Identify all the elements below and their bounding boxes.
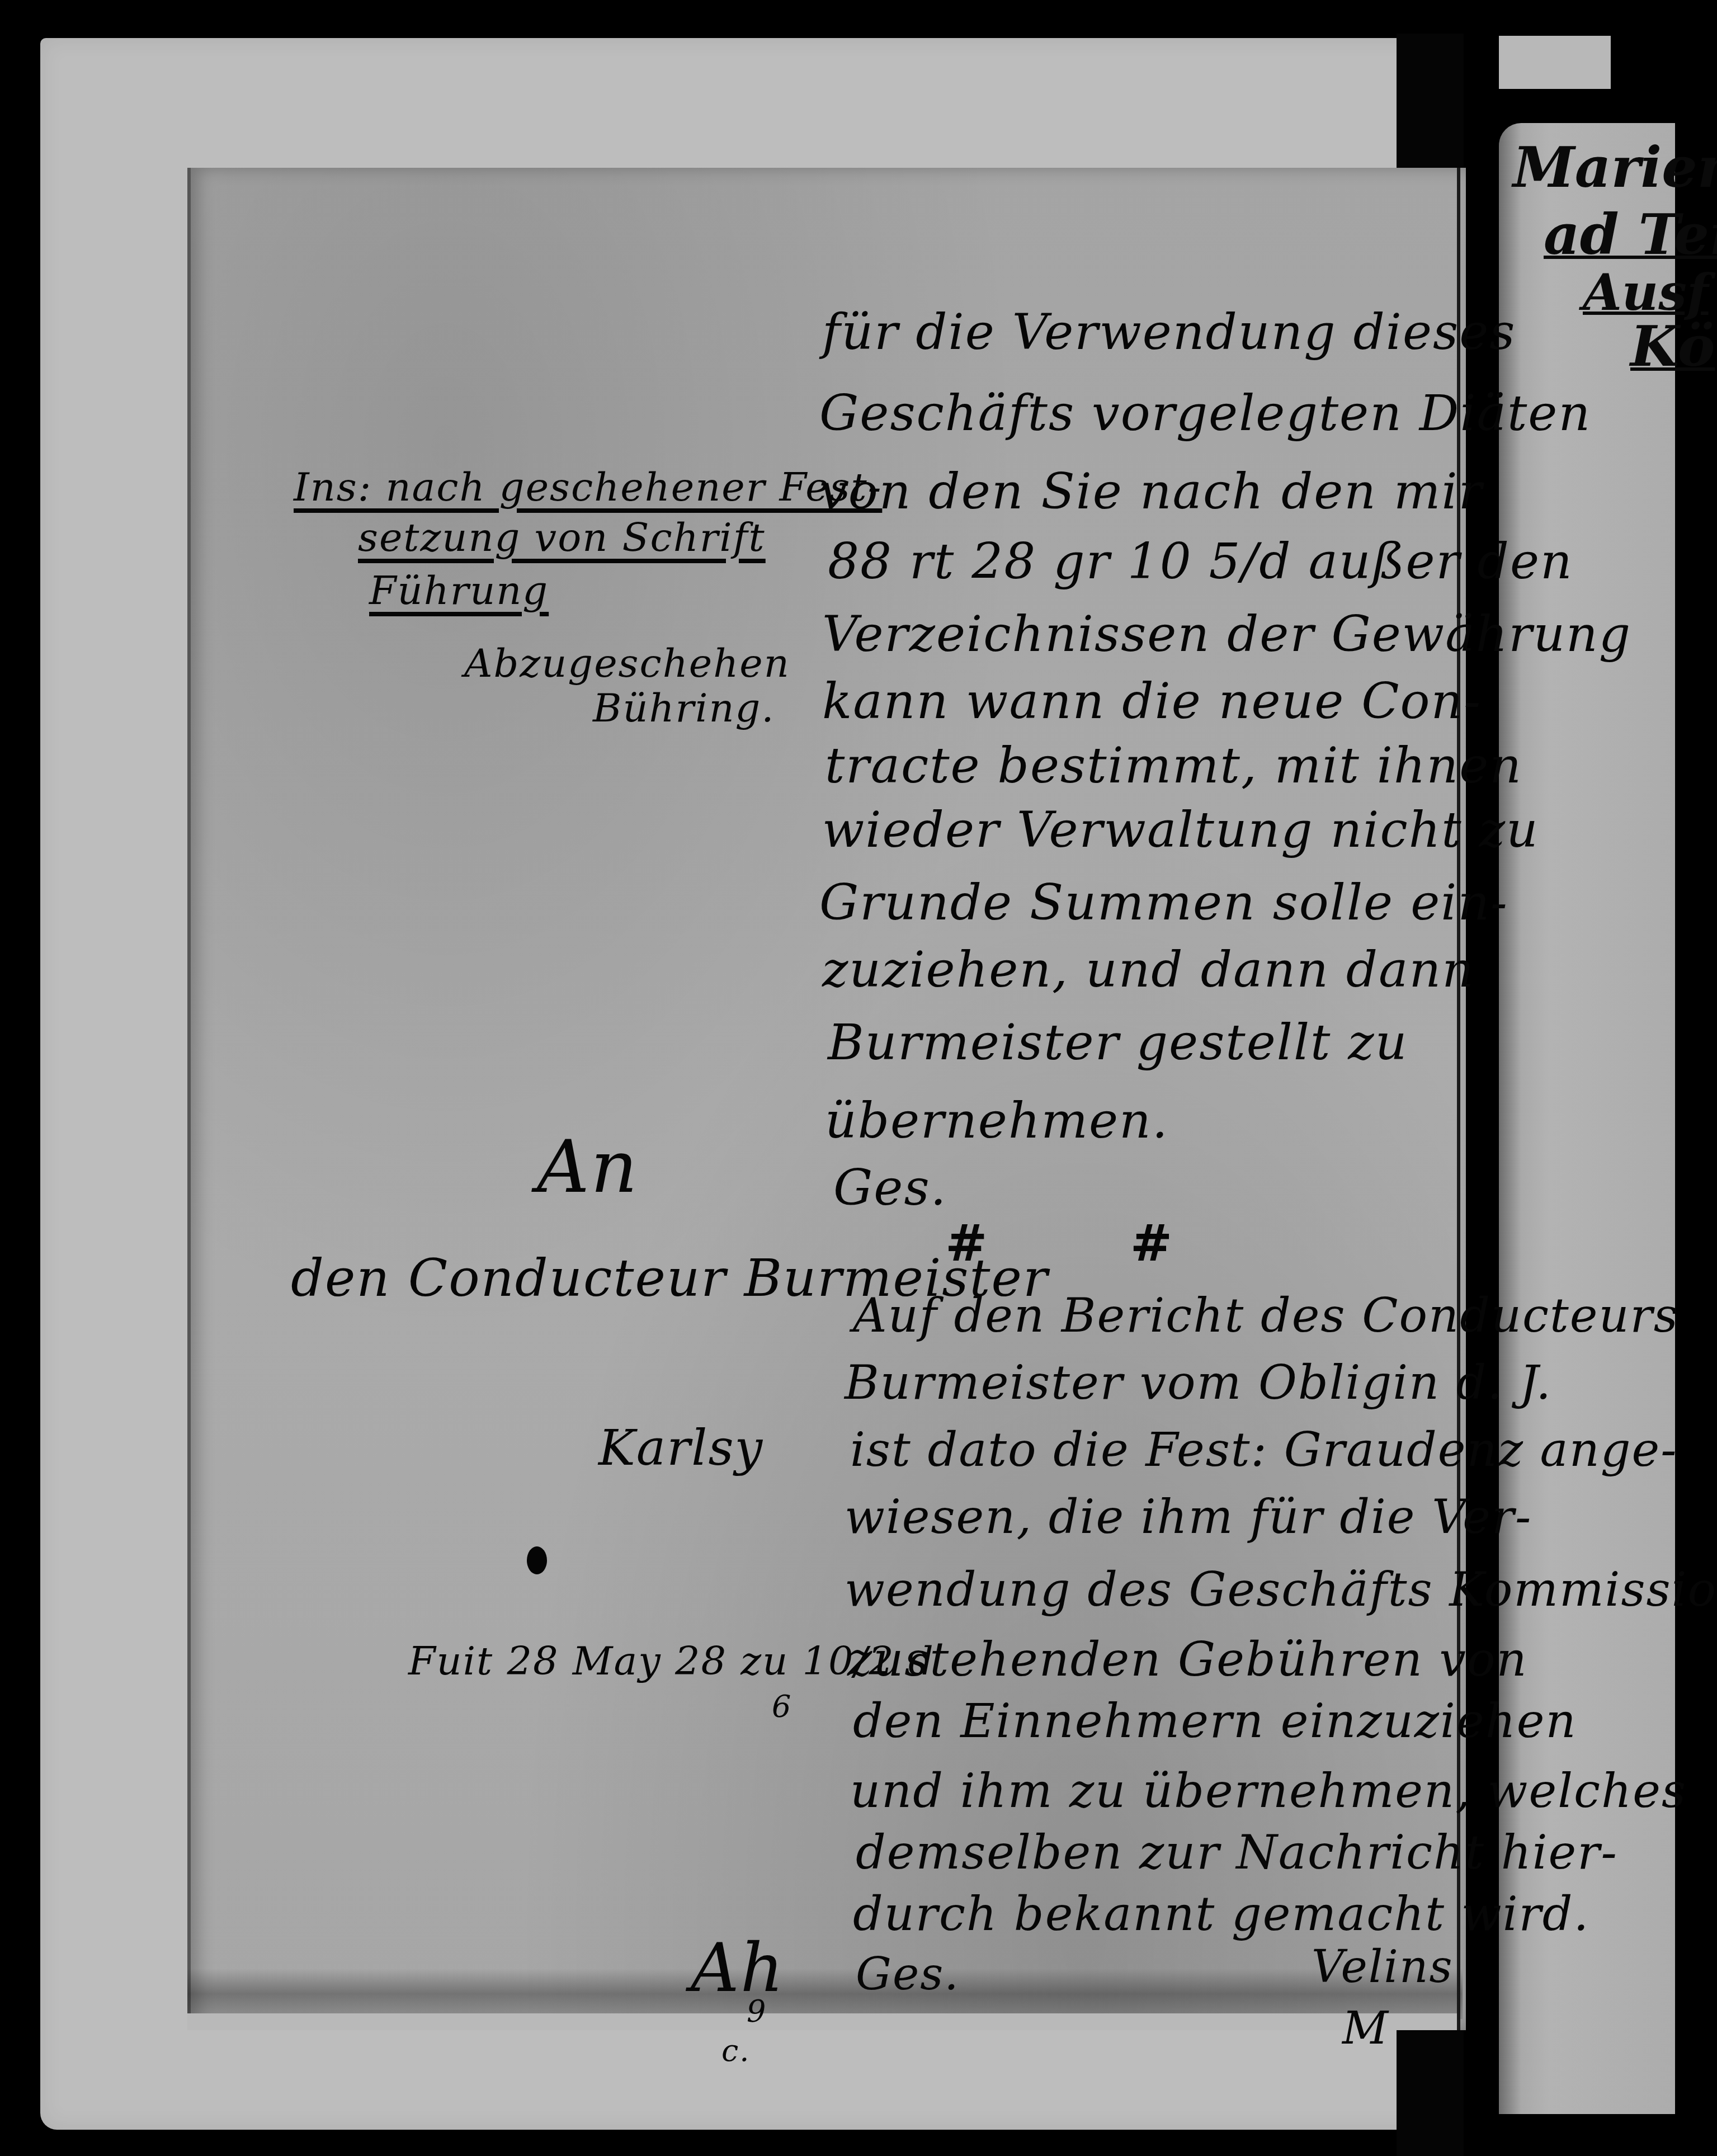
text-line: Auf den Bericht des Conducteurs	[853, 1292, 1679, 1339]
side-label-2: ad Ter	[1544, 201, 1717, 267]
note-below-line-1: Abzugeschehen	[464, 640, 790, 686]
side-sheet-top-fragment	[1499, 36, 1611, 89]
text-line: wieder Verwaltung nicht zu	[822, 805, 1539, 855]
struck-note-line-1: Ins: nach geschehener Fest-	[294, 464, 882, 510]
side-label-4: Kö	[1630, 313, 1715, 379]
signature-number: 9	[747, 1994, 767, 2029]
salutation-an: An	[537, 1124, 639, 1209]
bottom-edge-strip	[187, 2013, 1457, 2030]
struck-note-line-2: setzung von Schrift	[358, 515, 766, 560]
ink-blot	[527, 1546, 547, 1574]
page-right-margin-line	[1457, 168, 1460, 2030]
text-line: übernehmen.	[825, 1096, 1169, 1145]
place-name: Karlsy	[598, 1423, 763, 1473]
text-line: zustehenden Gebühren von	[847, 1636, 1528, 1683]
text-line: durch bekannt gemacht wird.	[853, 1890, 1589, 1937]
text-line: von den Sie nach den mir	[819, 467, 1483, 516]
text-line: ist dato die Fest: Graudenz ange-	[850, 1426, 1678, 1473]
text-line: Burmeister vom Obligin d. J.	[845, 1359, 1552, 1406]
text-line: und ihm zu übernehmen, welches	[850, 1767, 1687, 1814]
closing-abbrev: Ges.	[833, 1163, 947, 1213]
text-line: Verzeichnissen der Gewährung	[822, 610, 1631, 659]
closing-abbrev: Ges.	[856, 1952, 960, 1997]
text-line: tracte bestimmt, mit ihnen	[825, 741, 1522, 790]
text-line: 88 rt 28 gr 10 5/d außer den	[828, 537, 1573, 586]
text-line: wendung des Geschäfts Kommission	[845, 1566, 1717, 1613]
note-below-line-2: Bühring.	[593, 685, 775, 731]
bottom-stain	[187, 1969, 1463, 2019]
text-line: demselben zur Nachricht hier-	[856, 1829, 1618, 1876]
signature-initial: Ah	[691, 1929, 785, 2007]
signature: Velins	[1312, 1941, 1454, 1993]
struck-note-line-3: Führung	[369, 568, 549, 614]
text-line: Grunde Summen solle ein-	[819, 878, 1508, 927]
section-separator: # #	[945, 1214, 1173, 1273]
text-line: zuziehen, und dann dann	[822, 945, 1475, 994]
side-label-1: Marienw	[1513, 134, 1717, 200]
text-line: kann wann die neue Con-	[822, 677, 1482, 726]
text-line: Geschäfts vorgelegten Diäten	[819, 389, 1591, 438]
date-sub: 6	[772, 1689, 792, 1724]
text-line: Burmeister gestellt zu	[828, 1018, 1408, 1067]
text-line: wiesen, die ihm für die Ver-	[845, 1493, 1532, 1540]
text-line: den Einnehmern einzuziehen	[853, 1697, 1577, 1744]
signature-sub: M	[1342, 2002, 1389, 2054]
signature-sub: c.	[721, 2033, 750, 2068]
text-line: für die Verwendung dieses	[822, 308, 1516, 357]
